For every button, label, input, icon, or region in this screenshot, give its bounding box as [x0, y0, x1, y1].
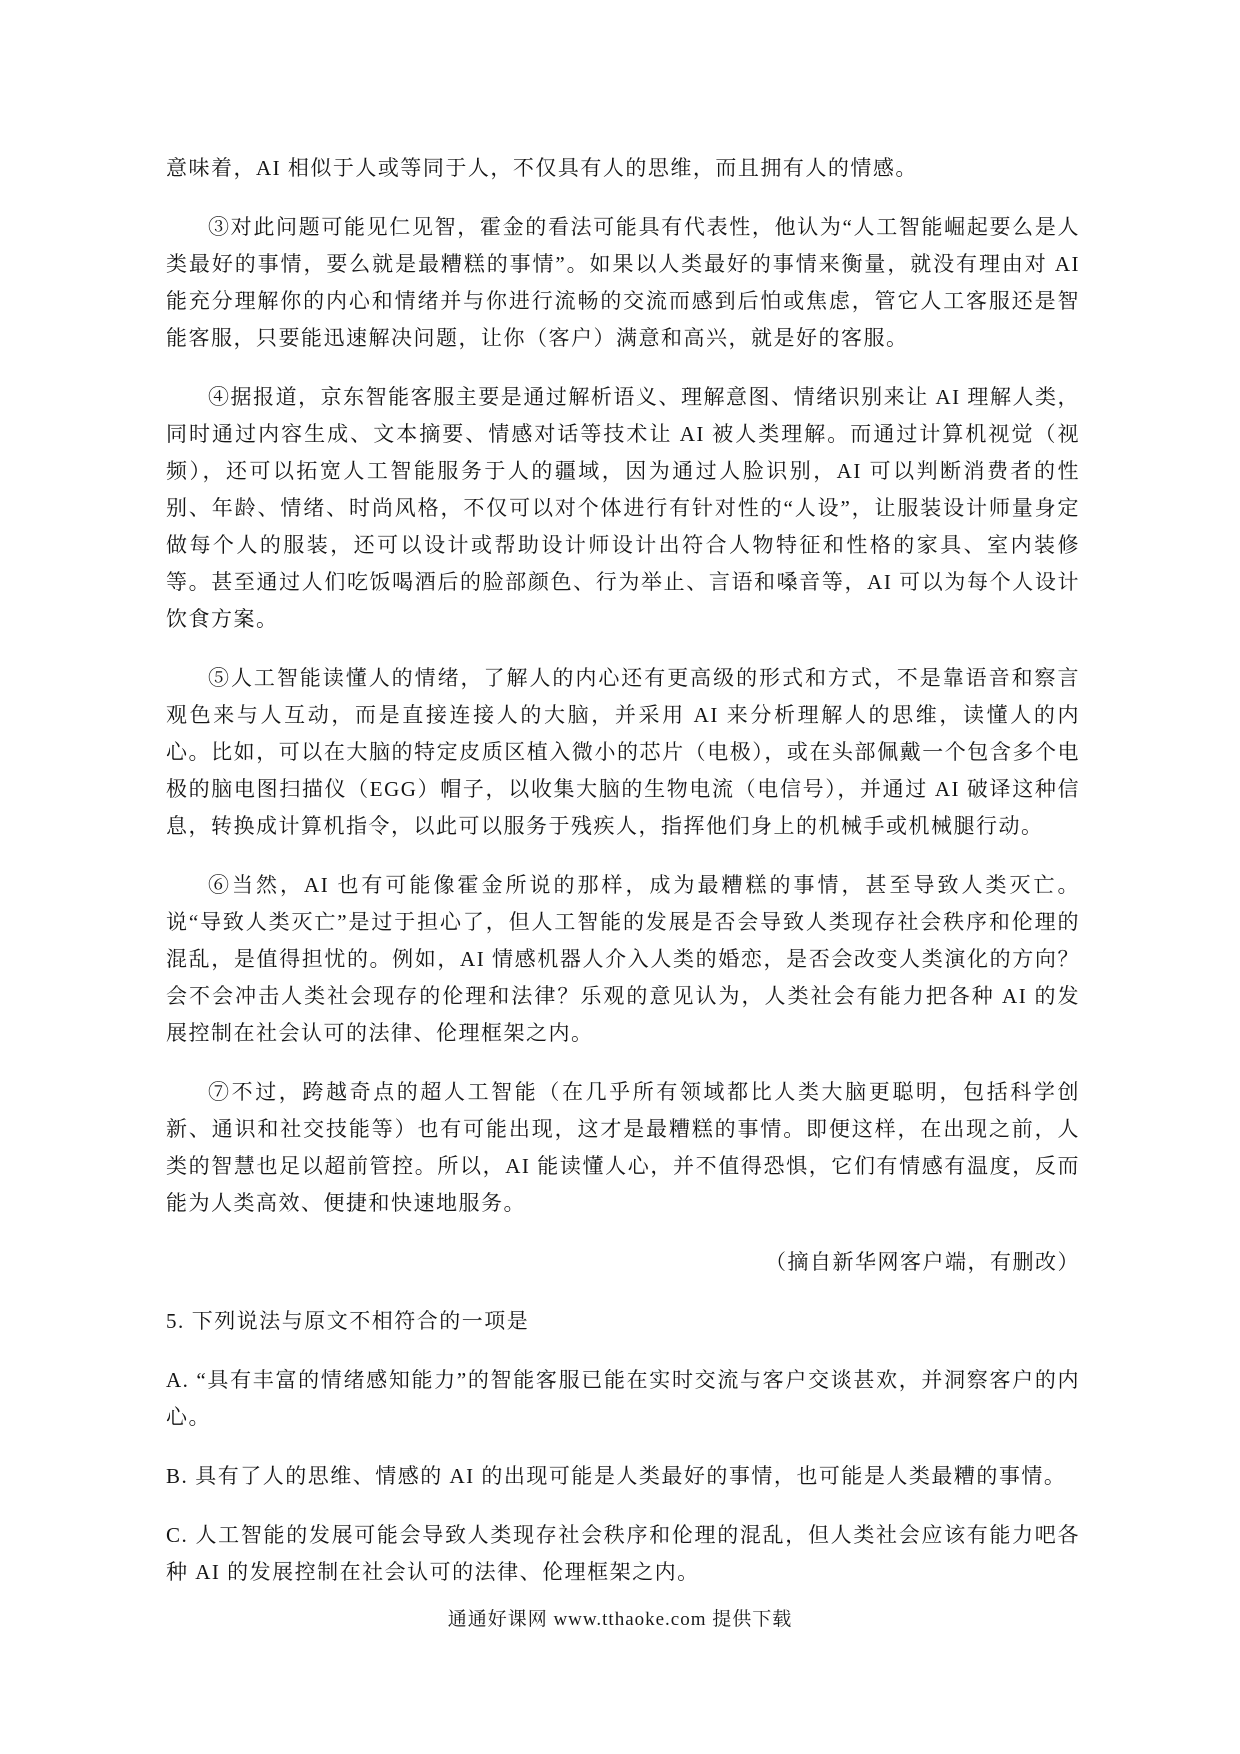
option-a-label: A. [166, 1368, 189, 1392]
paragraph-5-text: 人工智能读懂人的情绪，了解人的内心还有更高级的形式和方式，不是靠语音和察言观色来… [166, 666, 1080, 838]
paragraph-3-text: 对此问题可能见仁见智，霍金的看法可能具有代表性，他认为“人工智能崛起要么是人类最… [166, 215, 1080, 350]
paragraph-7: ⑦不过，跨越奇点的超人工智能（在几乎所有领域都比人类大脑更聪明，包括科学创新、通… [166, 1074, 1080, 1222]
option-c: C.人工智能的发展可能会导致人类现存社会秩序和伦理的混乱，但人类社会应该有能力吧… [166, 1517, 1080, 1591]
paragraph-6: ⑥当然，AI 也有可能像霍金所说的那样，成为最糟糕的事情，甚至导致人类灭亡。说“… [166, 867, 1080, 1052]
paragraph-6-text: 当然，AI 也有可能像霍金所说的那样，成为最糟糕的事情，甚至导致人类灭亡。说“导… [166, 873, 1080, 1045]
paragraph-3: ③对此问题可能见仁见智，霍金的看法可能具有代表性，他认为“人工智能崛起要么是人类… [166, 209, 1080, 357]
paragraph-3-marker: ③ [208, 215, 231, 239]
option-b-label: B. [166, 1464, 188, 1488]
paragraph-7-marker: ⑦ [208, 1080, 232, 1104]
paragraph-5-marker: ⑤ [208, 666, 231, 690]
paragraph-continuation: 意味着，AI 相似于人或等同于人，不仅具有人的思维，而且拥有人的情感。 [166, 150, 1080, 187]
document-page: 意味着，AI 相似于人或等同于人，不仅具有人的思维，而且拥有人的情感。 ③对此问… [0, 0, 1240, 1754]
paragraph-5: ⑤人工智能读懂人的情绪，了解人的内心还有更高级的形式和方式，不是靠语音和察言观色… [166, 660, 1080, 845]
paragraph-6-marker: ⑥ [208, 873, 232, 897]
option-a-text: “具有丰富的情绪感知能力”的智能客服已能在实时交流与客户交谈甚欢，并洞察客户的内… [166, 1368, 1080, 1429]
source-attribution: （摘自新华网客户端，有删改） [166, 1244, 1080, 1281]
option-b-text: 具有了人的思维、情感的 AI 的出现可能是人类最好的事情，也可能是人类最糟的事情… [195, 1464, 1066, 1488]
question-5-stem: 5.下列说法与原文不相符合的一项是 [166, 1303, 1080, 1340]
paragraph-4-marker: ④ [208, 385, 231, 409]
option-c-text: 人工智能的发展可能会导致人类现存社会秩序和伦理的混乱，但人类社会应该有能力吧各种… [166, 1523, 1080, 1584]
paragraph-4: ④据报道，京东智能客服主要是通过解析语义、理解意图、情绪识别来让 AI 理解人类… [166, 379, 1080, 638]
paragraph-4-text: 据报道，京东智能客服主要是通过解析语义、理解意图、情绪识别来让 AI 理解人类，… [166, 385, 1080, 631]
download-watermark: 通通好课网 www.tthaoke.com 提供下载 [0, 1604, 1240, 1631]
paragraph-7-text: 不过，跨越奇点的超人工智能（在几乎所有领域都比人类大脑更聪明，包括科学创新、通识… [166, 1080, 1080, 1215]
question-5-text: 下列说法与原文不相符合的一项是 [192, 1309, 530, 1333]
option-a: A.“具有丰富的情绪感知能力”的智能客服已能在实时交流与客户交谈甚欢，并洞察客户… [166, 1362, 1080, 1436]
question-5-number: 5. [166, 1309, 185, 1333]
option-c-label: C. [166, 1523, 188, 1547]
option-b: B.具有了人的思维、情感的 AI 的出现可能是人类最好的事情，也可能是人类最糟的… [166, 1458, 1080, 1495]
